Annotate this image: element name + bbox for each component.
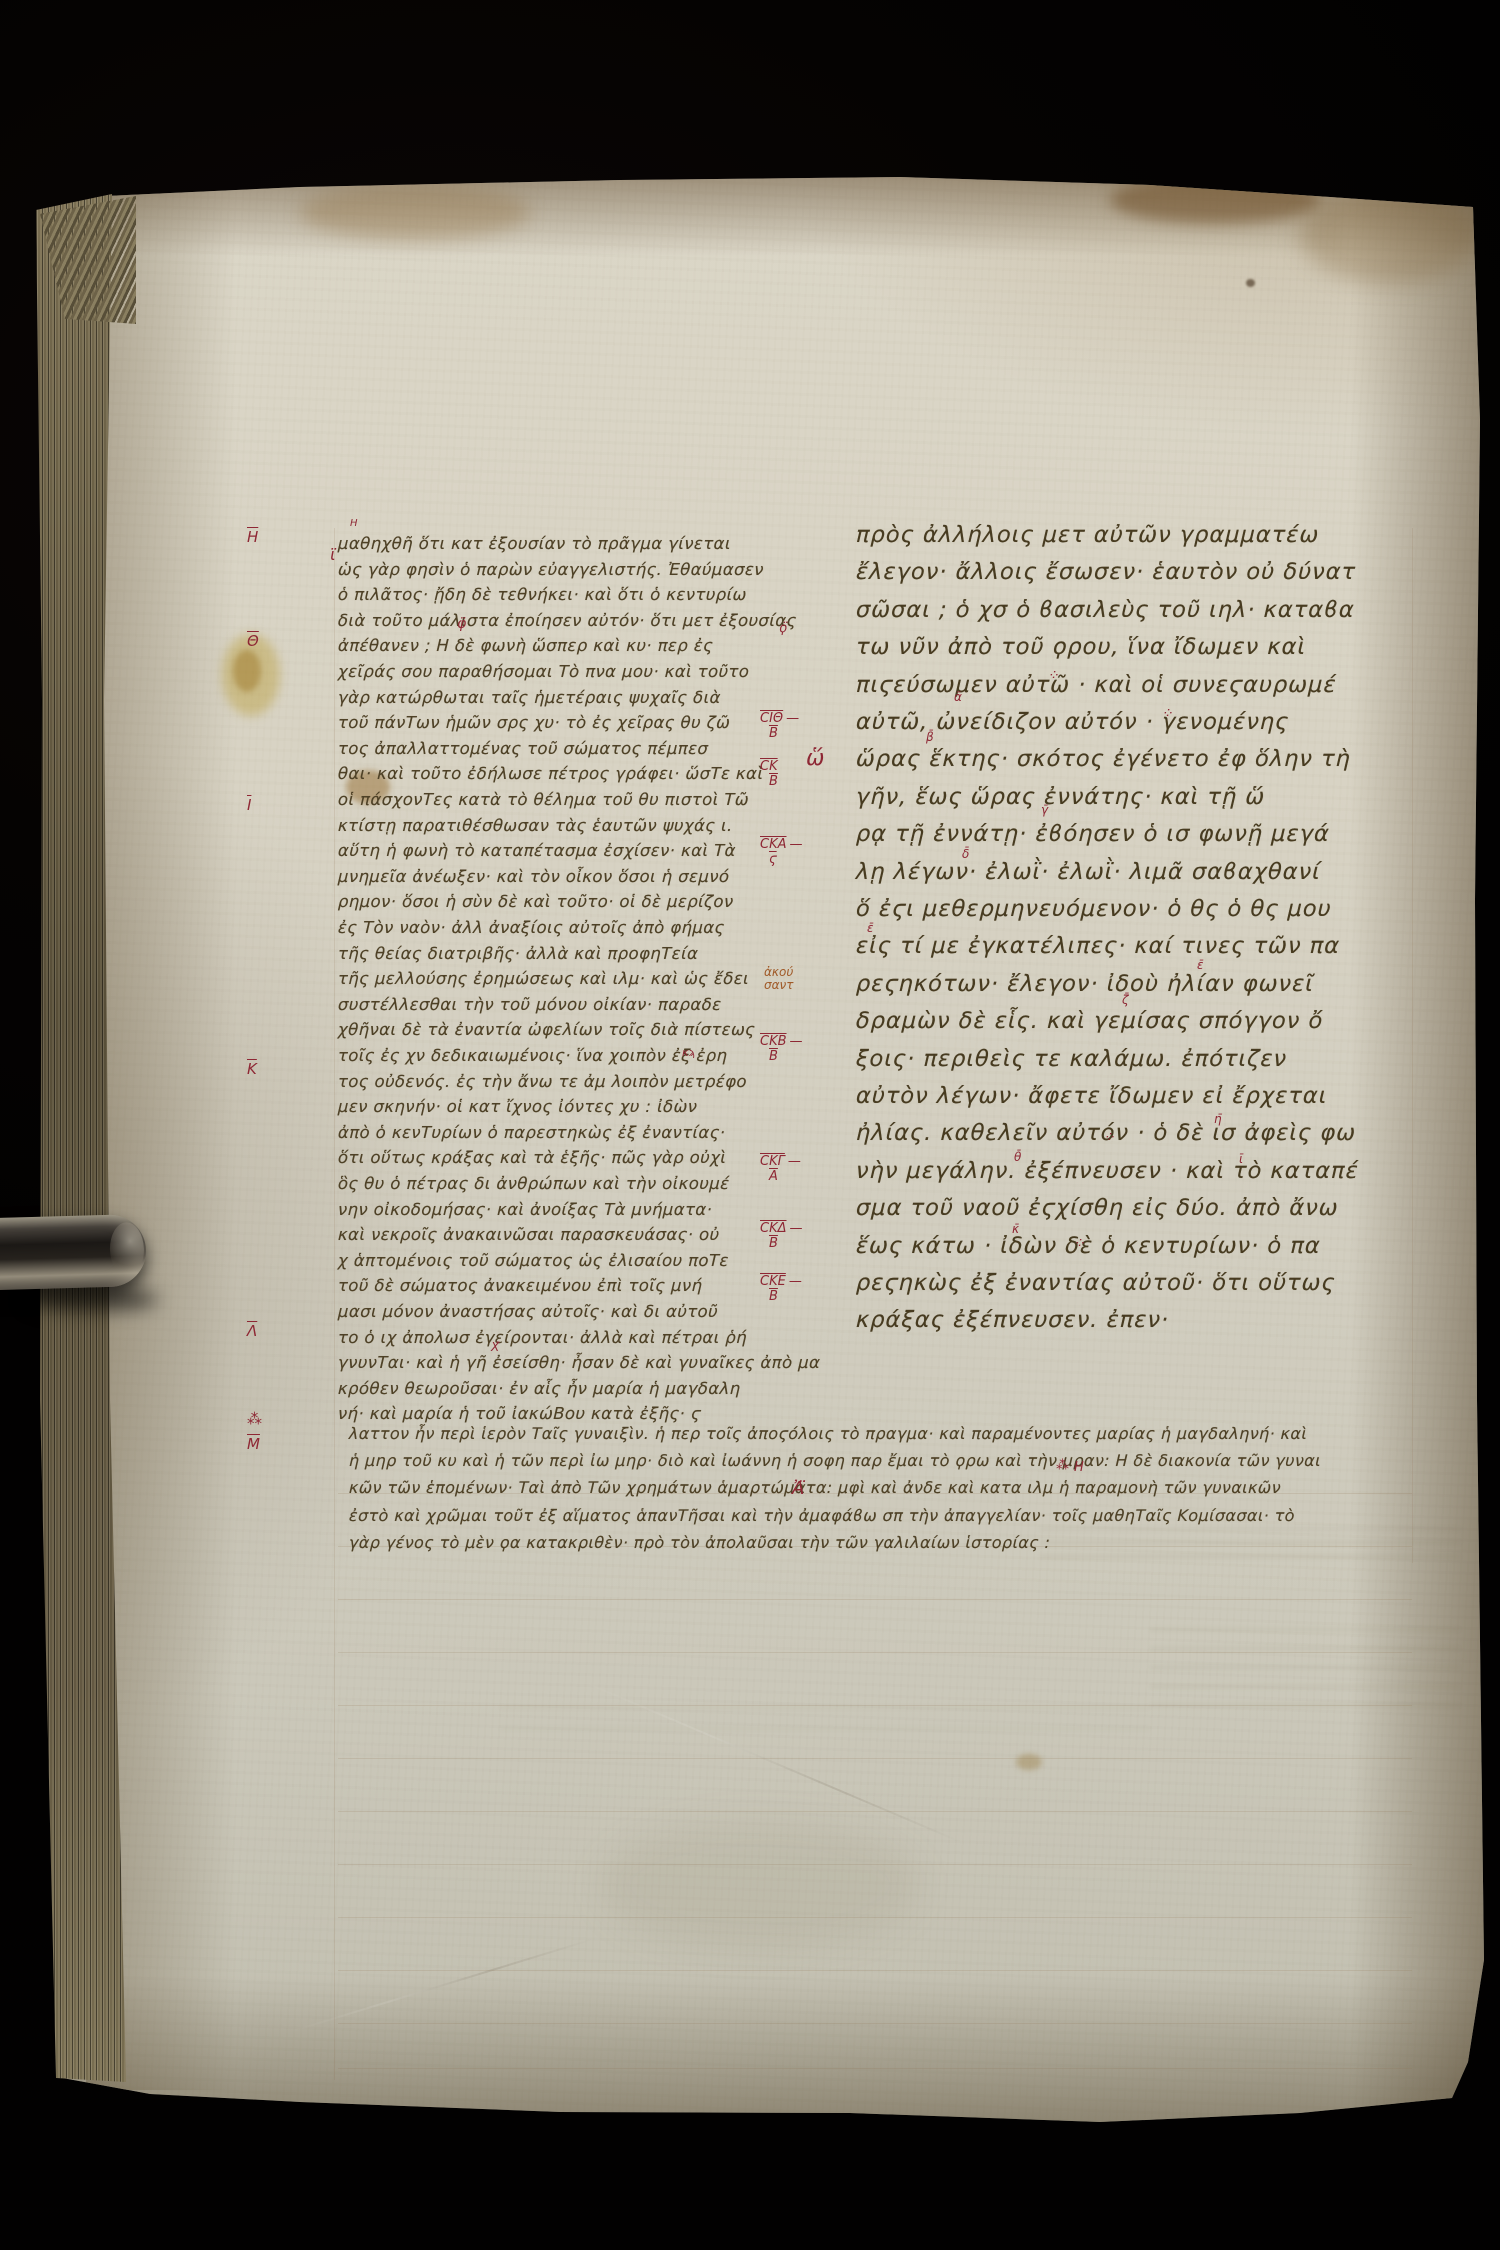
rubric-mark: Χ̄	[491, 1340, 499, 1354]
chapter-numeral: Μ	[247, 1435, 260, 1453]
commentary-foot-line: λαττον ἦν περὶ ἱερὸν Ταῖς γυναιξὶν. ἡ πε…	[349, 1424, 1308, 1443]
commentary-foot-line: ἐστὸ καὶ χρῶμαι τοῦτ ἐξ αἵματος ἁπανΤῆσα…	[349, 1506, 1296, 1525]
section-number: ϹΚΑ—ϛ	[760, 838, 803, 866]
gospel-line: λῃ λέγων· ἐλωῒ· ἐλωῒ· λιμᾶ σαϐαχθανί	[856, 859, 1322, 885]
commentary-line: τοῦ πάνΤων ἡμῶν σρς χυ· τὸ ἐς χεῖρας θυ …	[338, 713, 731, 732]
commentary-line: αὕτη ἡ φωνὴ τὸ καταπέτασμα ἐσχίσεν· καὶ …	[338, 841, 736, 860]
chapter-numeral: Ι	[247, 796, 251, 814]
commentary-line: ἐς Τὸν ναὸν· ἀλλ ἀναξίοις αὐτοῖς ἀπὸ φήμ…	[338, 918, 725, 937]
rubric-mark: ⁘	[1074, 1236, 1086, 1252]
ruling-line	[338, 1864, 1412, 1865]
rubric-mark: ὥ	[806, 746, 824, 771]
commentary-line: ὡς γὰρ φησὶν ὁ παρὼν εὐαγγελιστής. Ἐθαύμ…	[338, 560, 765, 579]
rubric-mark: ⁘	[1104, 1130, 1116, 1146]
commentary-line: ὃς θυ ὁ πέτρας δι ἀνθρώπων καὶ τὴν οἰκου…	[338, 1174, 730, 1193]
gospel-line: αὐτῶ, ὠνείδιζον αὐτόν · γενομένης	[856, 709, 1290, 735]
gospel-line: ὅ ἐϛι μεθερμηνευόμενον· ὁ θς ὁ θς μου	[856, 896, 1333, 922]
commentary-line: μνημεῖα ἀνέωξεν· καὶ τὸν οἶκον ὅσοι ἡ σε…	[338, 867, 730, 886]
gospel-line: ἔλεγον· ἄλλοις ἔσωσεν· ἑαυτὸν οὐ δύνατ	[856, 559, 1357, 585]
commentary-line: τῆς μελλούσης ἐρημώσεως καὶ ιλμ· καὶ ὡς …	[338, 969, 750, 988]
commentary-line: νή· καὶ μαρία ἡ τοῦ ἰακώΒου κατὰ ἐξῆς· ϛ	[338, 1404, 702, 1423]
rubric-mark: η̄	[1214, 1112, 1222, 1126]
commentary-line: το ὁ ιχ ἀπολωσ ἐγείρονται· ἀλλὰ καὶ πέτρ…	[338, 1328, 748, 1347]
ruling-line	[338, 2068, 1412, 2069]
ruling-line	[338, 1652, 1412, 1653]
commentary-line: συστέλλεσθαι τὴν τοῦ μόνου οἰκίαν· παραδ…	[338, 995, 722, 1014]
rubric-mark: Ἀ̈	[792, 1478, 804, 1499]
rubric-mark: δ̄	[962, 847, 969, 861]
commentary-foot-line: ἡ μηρ τοῦ κυ καὶ ἡ τῶν περὶ ἰω μηρ· διὸ …	[349, 1451, 1322, 1470]
ruling-vertical-right	[1412, 528, 1413, 1563]
commentary-line: γὰρ κατώρθωται ταῖς ἡμετέραις ψυχαῖς διὰ	[338, 688, 721, 707]
rubric-mark: φ̈	[457, 616, 466, 632]
chapter-numeral: ⁂	[247, 1410, 262, 1428]
commentary-line: ρημον· ὅσοι ἡ σὺν δὲ καὶ τοῦτο· οἱ δὲ με…	[338, 892, 734, 911]
commentary-foot-line: κῶν τῶν ἑπομένων· Ταὶ ἀπὸ Τῶν χρημάτων ἁ…	[349, 1478, 1282, 1497]
commentary-line: μασι μόνον ἀναστήσας αὐτοῖς· καὶ δι αὐτο…	[338, 1302, 719, 1321]
gospel-line: γῆν, ἕως ὥρας ἐννάτης· καὶ τῇ ὥ	[856, 784, 1266, 810]
gloss-line: σαντ	[764, 978, 793, 992]
glass-page-weight	[0, 1214, 147, 1290]
commentary-line: ἀπὸ ὁ κενΤυρίων ὁ παρεστηκὼς ἐξ ἐναντίας…	[338, 1123, 726, 1142]
commentary-line: τοῦ δὲ σώματος ἀνακειμένου ἐπὶ τοῖς μνή	[338, 1276, 703, 1295]
rubric-mark: κϡ	[682, 1046, 695, 1059]
gospel-line: ρᾳ τῇ ἐννάτῃ· ἐϐόησεν ὁ ισ φωνῇ μεγά	[856, 821, 1331, 847]
section-number: ϹΚΒ—Β	[760, 1035, 803, 1063]
rod-shadow	[26, 1286, 158, 1312]
rubric-mark: ᾱ	[954, 690, 962, 704]
rubric-mark: θ̄	[1014, 1150, 1021, 1164]
rubric-mark: Η	[1074, 1460, 1084, 1475]
manuscript-photograph: μαθηχθῆ ὅτι κατ ἐξουσίαν τὸ πρᾶγμα γίνετ…	[0, 0, 1500, 2250]
gospel-line: κράξας ἐξέπνευσεν. ἐπεν·	[856, 1307, 1170, 1333]
ruling-line	[338, 1705, 1412, 1706]
commentary-line: κρόθεν θεωροῦσαι· ἐν αἷς ἦν μαρία ἡ μαγδ…	[338, 1379, 741, 1398]
commentary-line: τῆς θείας διατριβῆς· ἀλλὰ καὶ προφηΤεία	[338, 944, 699, 963]
rubric-mark: ε̄	[867, 921, 874, 935]
commentary-line: χ ἁπτομένοις τοῦ σώματος ὡς ἐλισαίου ποΤ…	[338, 1251, 729, 1270]
commentary-line: οἱ πάσχονΤες κατὰ τὸ θέλημα τοῦ θυ πιστο…	[338, 790, 750, 809]
gospel-line: τω νῦν ἀπὸ τοῦ ϙρου, ἵνα ἴδωμεν καὶ	[856, 634, 1307, 660]
commentary-line: ὁ πιλᾶτος· ᾔδη δὲ τεθνήκει· καὶ ὅτι ὁ κε…	[338, 585, 747, 604]
gospel-line: σμα τοῦ ναοῦ ἐϛχίσθη εἰς δύο. ἀπὸ ἄνω	[856, 1195, 1340, 1221]
commentary-line: διὰ τοῦτο μάλιστα ἐποίησεν αὐτόν· ὅτι με…	[338, 611, 797, 630]
rubric-mark: ῑ	[1239, 1152, 1243, 1166]
section-number: ϹΚΒ	[760, 760, 781, 788]
section-number: ϹΙΘ—Β	[760, 712, 799, 740]
gospel-line: ὥρας ἕκτης· σκότος ἐγένετο ἐφ ὅλην τὴ	[856, 746, 1352, 772]
rubric-mark: ζ̄	[1122, 993, 1129, 1007]
commentary-line: ἀπέθανεν ; Η δὲ φωνὴ ὥσπερ καὶ κυ· περ ἐ…	[338, 636, 714, 655]
ruling-line	[338, 2023, 1412, 2024]
rubric-mark: β̄	[926, 730, 934, 744]
ruling-line	[338, 1811, 1412, 1812]
gospel-line: ρεϛηκότων· ἔλεγον· ἰδοὺ ἠλίαν φωνεῖ	[856, 971, 1315, 997]
section-number: ϹΚΕ—Β	[760, 1275, 802, 1303]
commentary-line: μεν σκηνήν· οἱ κατ ἴχνος ἰόντες χυ : ἰδὼ…	[338, 1097, 698, 1116]
section-number: ϹΚΔ—Β	[760, 1222, 803, 1250]
rubric-mark: ϙ̈	[779, 621, 787, 636]
commentary-line: τοῖς ἐς χν δεδικαιωμένοις· ἵνα χοιπὸν ἐξ…	[338, 1046, 728, 1065]
ruling-line	[338, 1970, 1412, 1971]
gospel-line: αὐτὸν λέγων· ἄφετε ἴδωμεν εἰ ἔρχεται	[856, 1083, 1328, 1109]
commentary-line: καὶ νεκροῖς ἀνακαινῶσαι παρασκευάσας· οὐ	[338, 1225, 720, 1244]
ruling-line	[338, 1599, 1412, 1600]
rubric-mark: ⁂	[1056, 1458, 1069, 1473]
commentary-line: ὅτι οὕτως κράξας καὶ τὰ ἑξῆς· πῶς γὰρ οὐ…	[338, 1148, 727, 1167]
commentary-line: γνυνΤαι· καὶ ἡ γῆ ἐσείσθη· ἦσαν δὲ καὶ γ…	[338, 1353, 821, 1372]
section-number: ϹΚΓ—Α	[760, 1155, 801, 1183]
gloss-line: ἀκού	[764, 965, 793, 979]
rubric-mark: κ̄	[1012, 1222, 1019, 1236]
gospel-line: ξοις· περιθεὶς τε καλάμω. ἐπότιζεν	[856, 1046, 1288, 1072]
commentary-line: χεῖράς σου παραθήσομαι Τὸ πνα μου· καὶ τ…	[338, 662, 750, 681]
rubric-mark: ⁘	[1162, 706, 1174, 722]
gospel-line: δραμὼν δὲ εἷς. καὶ γεμίσας σπόγγον ὄ	[856, 1008, 1324, 1034]
commentary-line: νην οἰκοδομήσας· καὶ ἀνοίξας Τὰ μνήματα·	[338, 1200, 713, 1219]
gospel-line: πιϛεύσωμεν αὐτῶ · καὶ οἱ συνεϛαυρωμέ	[856, 672, 1338, 698]
gospel-line: νὴν μεγάλην. ἐξέπνευσεν · καὶ τὸ καταπέ	[856, 1158, 1360, 1184]
commentary-line: μαθηχθῆ ὅτι κατ ἐξουσίαν τὸ πρᾶγμα γίνετ…	[338, 534, 732, 553]
commentary-line: τος ἀπαλλαττομένας τοῦ σώματος πέμπεσ	[338, 739, 709, 758]
rubric-mark: ε̄	[1197, 958, 1204, 972]
gospel-line: ἕως κάτω · ἰδὼν δὲ ὁ κεντυρίων· ὁ πα	[856, 1233, 1322, 1259]
chapter-numeral: Κ	[247, 1060, 257, 1078]
commentary-foot-line: γὰρ γένος τὸ μὲν ϙα κατακριθὲν· πρὸ τὸν …	[349, 1533, 1051, 1552]
commentary-line: θαι· καὶ τοῦτο ἐδήλωσε πέτρος γράφει· ὥσ…	[338, 764, 764, 783]
gospel-line: ρεϛηκὼς ἐξ ἐναντίας αὐτοῦ· ὅτι οὕτως	[856, 1270, 1337, 1296]
ruling-line	[338, 1917, 1412, 1918]
rubric-mark: ϊ	[330, 545, 335, 564]
chapter-numeral: Θ	[247, 632, 259, 650]
commentary-line: κτίστῃ παρατιθέσθωσαν τὰς ἑαυτῶν ψυχάς ι…	[338, 816, 733, 835]
chapter-numeral: Λ	[247, 1322, 257, 1340]
ruling-line	[338, 1758, 1412, 1759]
gospel-line: πρὸς ἀλλήλοις μετ αὐτῶν γραμματέω	[856, 522, 1320, 548]
chapter-numeral: Η	[247, 528, 258, 546]
ruling-vertical-left	[334, 528, 335, 2080]
gospel-line: εἰς τί με ἐγκατέλιπες· καί τινες τῶν πα	[856, 933, 1341, 959]
rubric-mark: γ̄	[1041, 803, 1048, 817]
commentary-line: χθῆναι δὲ τὰ ἐναντία ὠφελίων τοῖς διὰ πί…	[338, 1020, 756, 1039]
parchment-page: μαθηχθῆ ὅτι κατ ἐξουσίαν τὸ πρᾶγμα γίνετ…	[0, 0, 1500, 2250]
rubric-mark: ⁘	[1048, 668, 1060, 684]
commentary-line: τος οὐδενός. ἐς τὴν ἄνω τε ἀμ λοιπὸν μετ…	[338, 1072, 748, 1091]
gutter-gloss: ἀκού σαντ	[764, 966, 793, 992]
rubric-mark: Η	[350, 518, 358, 529]
gospel-line: σῶσαι ; ὁ χσ ὁ ϐασιλεὺς τοῦ ιηλ· καταϐα	[856, 597, 1356, 623]
